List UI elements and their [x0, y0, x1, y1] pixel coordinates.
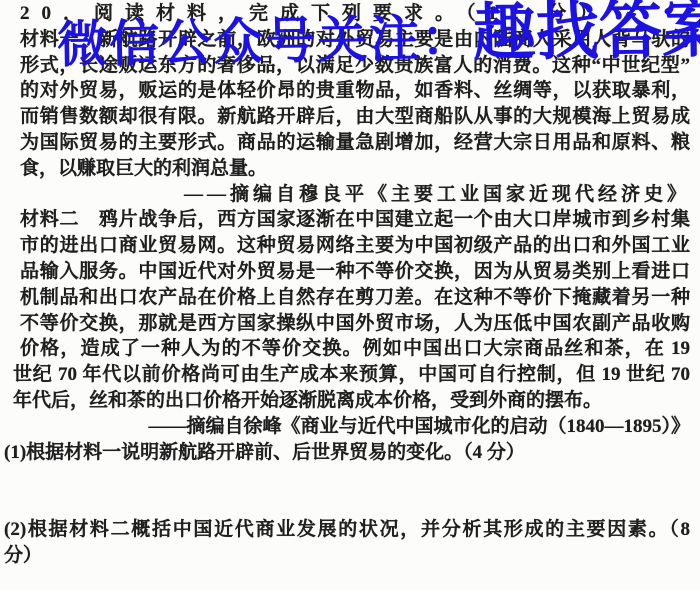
watermark-prefix-text: 微信公众号关注：: [57, 10, 474, 73]
material-two-last-line: 年代后，丝和茶的出口价格开始逐渐脱离成本价格，受到外商的摆布。: [13, 388, 690, 414]
answer-space: [20, 465, 690, 517]
sub-question-1: (1)根据材料一说明新航路开辟前、后世界贸易的变化。（4 分）: [4, 440, 690, 466]
material-two-source: ——摘编自徐峰《商业与近代中国城市化的启动（1840—1895）》: [20, 414, 690, 440]
material-two-line: 机制品和出口农产品在价格上自然存在剪刀差。在这种不等价下掩藏着另一种: [20, 285, 690, 311]
material-two-line: 不等价交换，那就是西方国家操纵中国外贸市场，人为压低中国农副产品收购: [20, 311, 690, 337]
watermark-brand-text: 趣找答案: [472, 0, 700, 69]
material-one-line: 为国际贸易的主要形式。商品的运输量急剧增加，经营大宗日用品和原料、粮: [20, 130, 690, 156]
material-one-line: 而销售数额却很有限。新航路开辟后，由大型商船队从事的大规模海上贸易成: [20, 104, 690, 130]
material-two-line: 材料二 鸦片战争后，西方国家逐渐在中国建立起一个由大口岸城市到乡村集: [20, 207, 690, 233]
exam-scan-page: 20．阅读材料，完成下列要求。（12 分） 材料一 新航路开辟之前，欧洲的对外贸…: [0, 0, 700, 590]
sub-question-2-line-1: (2)根据材料二概括中国近代商业发展的状况，并分析其形成的主要因素。（8: [4, 517, 690, 543]
material-two-line: 世纪 70 年代以前价格尚可由生产成本来预算，中国可自行控制，但 19 世纪 7…: [13, 362, 690, 388]
material-two-line: 价格，造成了一种人为的不等价交换。例如中国出口大宗商品丝和茶，在 19: [20, 336, 690, 362]
material-one-last-line: 食，以赚取巨大的利润总量。: [20, 156, 690, 182]
wechat-watermark: 微信公众号关注：趣找答案: [57, 0, 700, 91]
sub-question-2-line-2: 分）: [4, 543, 690, 569]
material-one-source: ——摘编自穆良平《主要工业国家近现代经济史》: [20, 182, 690, 208]
material-two-line: 品输入服务。中国近代对外贸易是一种不等价交换，因为从贸易类别上看进口: [20, 259, 690, 285]
material-two-line: 市的进出口商业贸易网。这种贸易网络主要为中国初级产品的出口和外国工业: [20, 233, 690, 259]
